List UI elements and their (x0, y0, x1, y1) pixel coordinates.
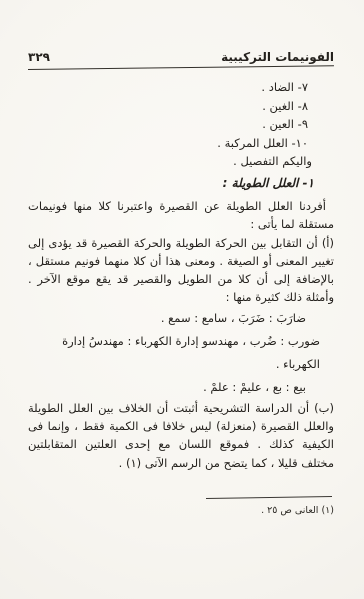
example-line: ضورب : ضُرب ، مهندسو إدارة الكهرباء : مه… (28, 330, 320, 376)
footnote-area: (١) العانى ص ٢٥ . (28, 497, 334, 516)
point-a-paragraph: (أ) أن التقابل بين الحركة الطويلة والحرك… (28, 234, 334, 307)
list-item: ٩- العين . (28, 115, 308, 134)
footnote-rule (206, 496, 332, 499)
example-line: بيع : بع ، عليمْ : علمْ . (28, 376, 306, 399)
example-line: ضارَبَ : ضَرَبَ ، سامع : سمع . (28, 307, 306, 330)
page-number: ٣٢٩ (28, 50, 50, 64)
list-item: ٧- الضاد . (28, 78, 308, 97)
page-body: ٧- الضاد . ٨- الغين . ٩- العين . ١٠- الع… (28, 78, 334, 516)
running-head-title: الفونيمات التركيبية (221, 50, 334, 64)
section-heading: ١- العلل الطويلة : (28, 176, 314, 190)
intro-paragraph: أفردنا العلل الطويلة عن القصيرة واعتبرنا… (28, 197, 334, 234)
list-closing-line: واليكم التفصيل . (28, 152, 312, 171)
point-b-paragraph: (ب) أن الدراسة التشريحية أثبتت أن الخلاف… (28, 399, 334, 472)
list-item: ١٠- العلل المركبة . (28, 134, 308, 153)
list-item: ٨- الغين . (28, 97, 308, 116)
scanned-book-page: ٣٢٩ الفونيمات التركيبية ٧- الضاد . ٨- ال… (0, 0, 364, 599)
running-head: ٣٢٩ الفونيمات التركيبية (28, 50, 334, 67)
footnote-text: (١) العانى ص ٢٥ . (28, 505, 334, 516)
numbered-list: ٧- الضاد . ٨- الغين . ٩- العين . ١٠- الع… (28, 78, 334, 171)
